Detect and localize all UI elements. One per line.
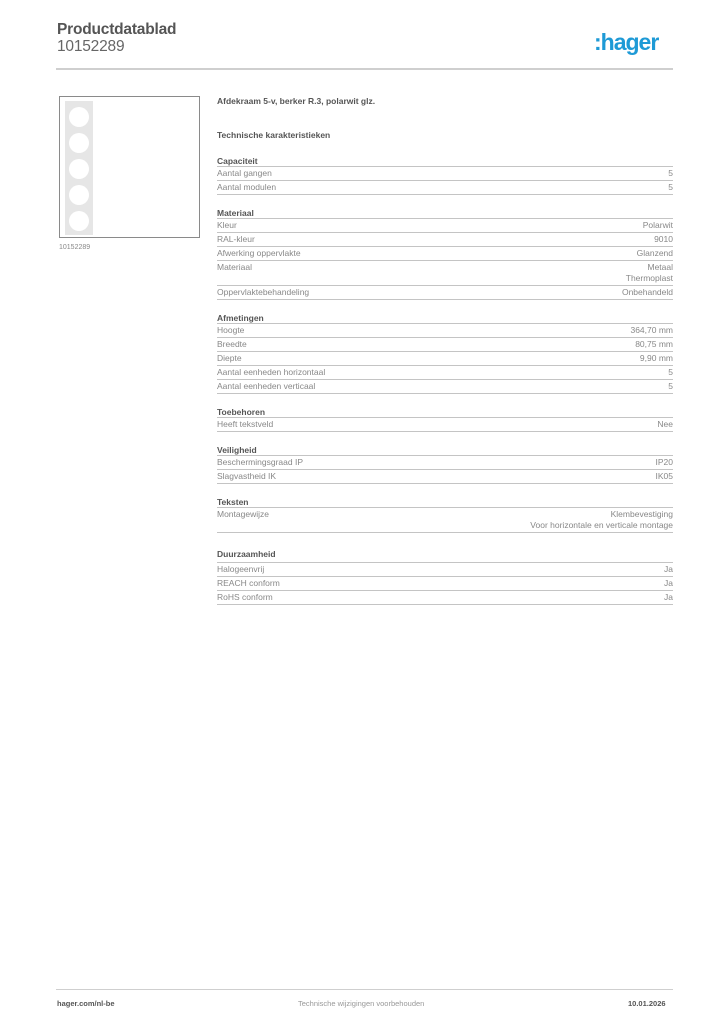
spec-value: Ja [664, 578, 673, 589]
spec-value: Ja [664, 564, 673, 575]
spec-value: 5 [668, 381, 673, 392]
frame-opening [69, 159, 89, 179]
spec-value: IK05 [656, 471, 674, 482]
spec-value-line: 9010 [654, 234, 673, 245]
spec-label: REACH conform [217, 578, 280, 589]
content: Afdekraam 5-v, berker R.3, polarwit glz.… [217, 96, 673, 605]
spec-value-line: IK05 [656, 471, 674, 482]
section-title: Toebehoren [217, 407, 673, 418]
hager-logo: :hager [594, 29, 658, 56]
spec-row: Beschermingsgraad IPIP20 [217, 456, 673, 470]
header-divider [56, 68, 673, 70]
spec-value-line: Glanzend [637, 248, 673, 259]
frame-opening [69, 185, 89, 205]
spec-value-line: Klembevestiging [530, 509, 673, 520]
product-number: 10152289 [57, 38, 124, 56]
spec-value-line: Thermoplast [626, 273, 673, 284]
spec-value: Polarwit [643, 220, 673, 231]
spec-value: 9010 [654, 234, 673, 245]
spec-value-line: Voor horizontale en verticale montage [530, 520, 673, 531]
spec-value: 364,70 mm [630, 325, 673, 336]
spec-value: 9,90 mm [640, 353, 673, 364]
spec-label: RoHS conform [217, 592, 273, 603]
spec-value-line: 5 [668, 168, 673, 179]
spec-section: CapaciteitAantal gangen5Aantal modulen5 [217, 156, 673, 195]
spec-label: Aantal modulen [217, 182, 276, 193]
spec-row: OppervlaktebehandelingOnbehandeld [217, 286, 673, 300]
spec-label: RAL-kleur [217, 234, 255, 245]
section-title: Teksten [217, 497, 673, 508]
spec-row: Breedte80,75 mm [217, 338, 673, 352]
spec-label: Aantal eenheden horizontaal [217, 367, 325, 378]
spec-value-line: 5 [668, 367, 673, 378]
spec-value-line: Metaal [626, 262, 673, 273]
spec-value-line: 5 [668, 182, 673, 193]
spec-label: Aantal eenheden verticaal [217, 381, 315, 392]
spec-value-line: Ja [664, 578, 673, 589]
spec-value: 80,75 mm [635, 339, 673, 350]
spec-label: Kleur [217, 220, 237, 231]
spec-row: RoHS conformJa [217, 591, 673, 605]
section-title: Materiaal [217, 208, 673, 219]
spec-value: IP20 [656, 457, 674, 468]
spec-value: KlembevestigingVoor horizontale en verti… [530, 509, 673, 531]
footer-disclaimer: Technische wijzigingen voorbehouden [298, 999, 424, 1008]
spec-label: Slagvastheid IK [217, 471, 276, 482]
section-title: Afmetingen [217, 313, 673, 324]
spec-value-line: 5 [668, 381, 673, 392]
frame-opening [69, 133, 89, 153]
spec-value-line: Ja [664, 592, 673, 603]
spec-label: Materiaal [217, 262, 252, 284]
section-title: Capaciteit [217, 156, 673, 167]
spec-row: Aantal modulen5 [217, 181, 673, 195]
spec-value: 5 [668, 168, 673, 179]
spec-row: HalogeenvrijJa [217, 563, 673, 577]
footer-divider [56, 989, 673, 990]
spec-label: Beschermingsgraad IP [217, 457, 303, 468]
spec-row: Aantal gangen5 [217, 167, 673, 181]
spec-value-line: 364,70 mm [630, 325, 673, 336]
spec-row: Heeft tekstveldNee [217, 418, 673, 432]
spec-value: Ja [664, 592, 673, 603]
spec-section: ToebehorenHeeft tekstveldNee [217, 407, 673, 432]
spec-row: Afwerking oppervlakteGlanzend [217, 247, 673, 261]
spec-label: Hoogte [217, 325, 244, 336]
spec-row: RAL-kleur9010 [217, 233, 673, 247]
image-caption: 10152289 [59, 244, 90, 251]
spec-section: VeiligheidBeschermingsgraad IPIP20Slagva… [217, 445, 673, 484]
spec-value: 5 [668, 367, 673, 378]
spec-value: Onbehandeld [622, 287, 673, 298]
tech-heading: Technische karakteristieken [217, 130, 673, 142]
spec-row: Aantal eenheden verticaal5 [217, 380, 673, 394]
spec-sections: CapaciteitAantal gangen5Aantal modulen5M… [217, 156, 673, 605]
spec-row: Aantal eenheden horizontaal5 [217, 366, 673, 380]
spec-row: KleurPolarwit [217, 219, 673, 233]
section-title: Duurzaamheid [217, 549, 673, 563]
spec-label: Breedte [217, 339, 247, 350]
spec-label: Heeft tekstveld [217, 419, 273, 430]
spec-row: REACH conformJa [217, 577, 673, 591]
spec-value: MetaalThermoplast [626, 262, 673, 284]
spec-row: Diepte9,90 mm [217, 352, 673, 366]
spec-label: Oppervlaktebehandeling [217, 287, 309, 298]
spec-label: Aantal gangen [217, 168, 272, 179]
spec-row: Slagvastheid IKIK05 [217, 470, 673, 484]
spec-section: TekstenMontagewijzeKlembevestigingVoor h… [217, 497, 673, 533]
spec-value-line: 80,75 mm [635, 339, 673, 350]
product-name: Afdekraam 5-v, berker R.3, polarwit glz. [217, 96, 673, 108]
product-image [59, 96, 200, 238]
spec-value-line: 9,90 mm [640, 353, 673, 364]
spec-value-line: Ja [664, 564, 673, 575]
spec-label: Montagewijze [217, 509, 269, 531]
spec-row: MontagewijzeKlembevestigingVoor horizont… [217, 508, 673, 533]
spec-value: Glanzend [637, 248, 673, 259]
footer-date: 10.01.2026 [628, 999, 666, 1008]
spec-value-line: Nee [657, 419, 673, 430]
header-title: Productdatablad [57, 21, 176, 39]
spec-value: Nee [657, 419, 673, 430]
frame-opening [69, 107, 89, 127]
spec-value: 5 [668, 182, 673, 193]
frame-opening [69, 211, 89, 231]
spec-row: MateriaalMetaalThermoplast [217, 261, 673, 286]
spec-section: MateriaalKleurPolarwitRAL-kleur9010Afwer… [217, 208, 673, 300]
spec-value-line: Polarwit [643, 220, 673, 231]
spec-section: AfmetingenHoogte364,70 mmBreedte80,75 mm… [217, 313, 673, 394]
spec-label: Diepte [217, 353, 242, 364]
spec-label: Afwerking oppervlakte [217, 248, 301, 259]
spec-section: DuurzaamheidHalogeenvrijJaREACH conformJ… [217, 549, 673, 605]
spec-value-line: IP20 [656, 457, 674, 468]
footer-website[interactable]: hager.com/nl-be [57, 999, 115, 1008]
frame-strip [65, 101, 93, 235]
spec-value-line: Onbehandeld [622, 287, 673, 298]
spec-label: Halogeenvrij [217, 564, 264, 575]
section-title: Veiligheid [217, 445, 673, 456]
spec-row: Hoogte364,70 mm [217, 324, 673, 338]
